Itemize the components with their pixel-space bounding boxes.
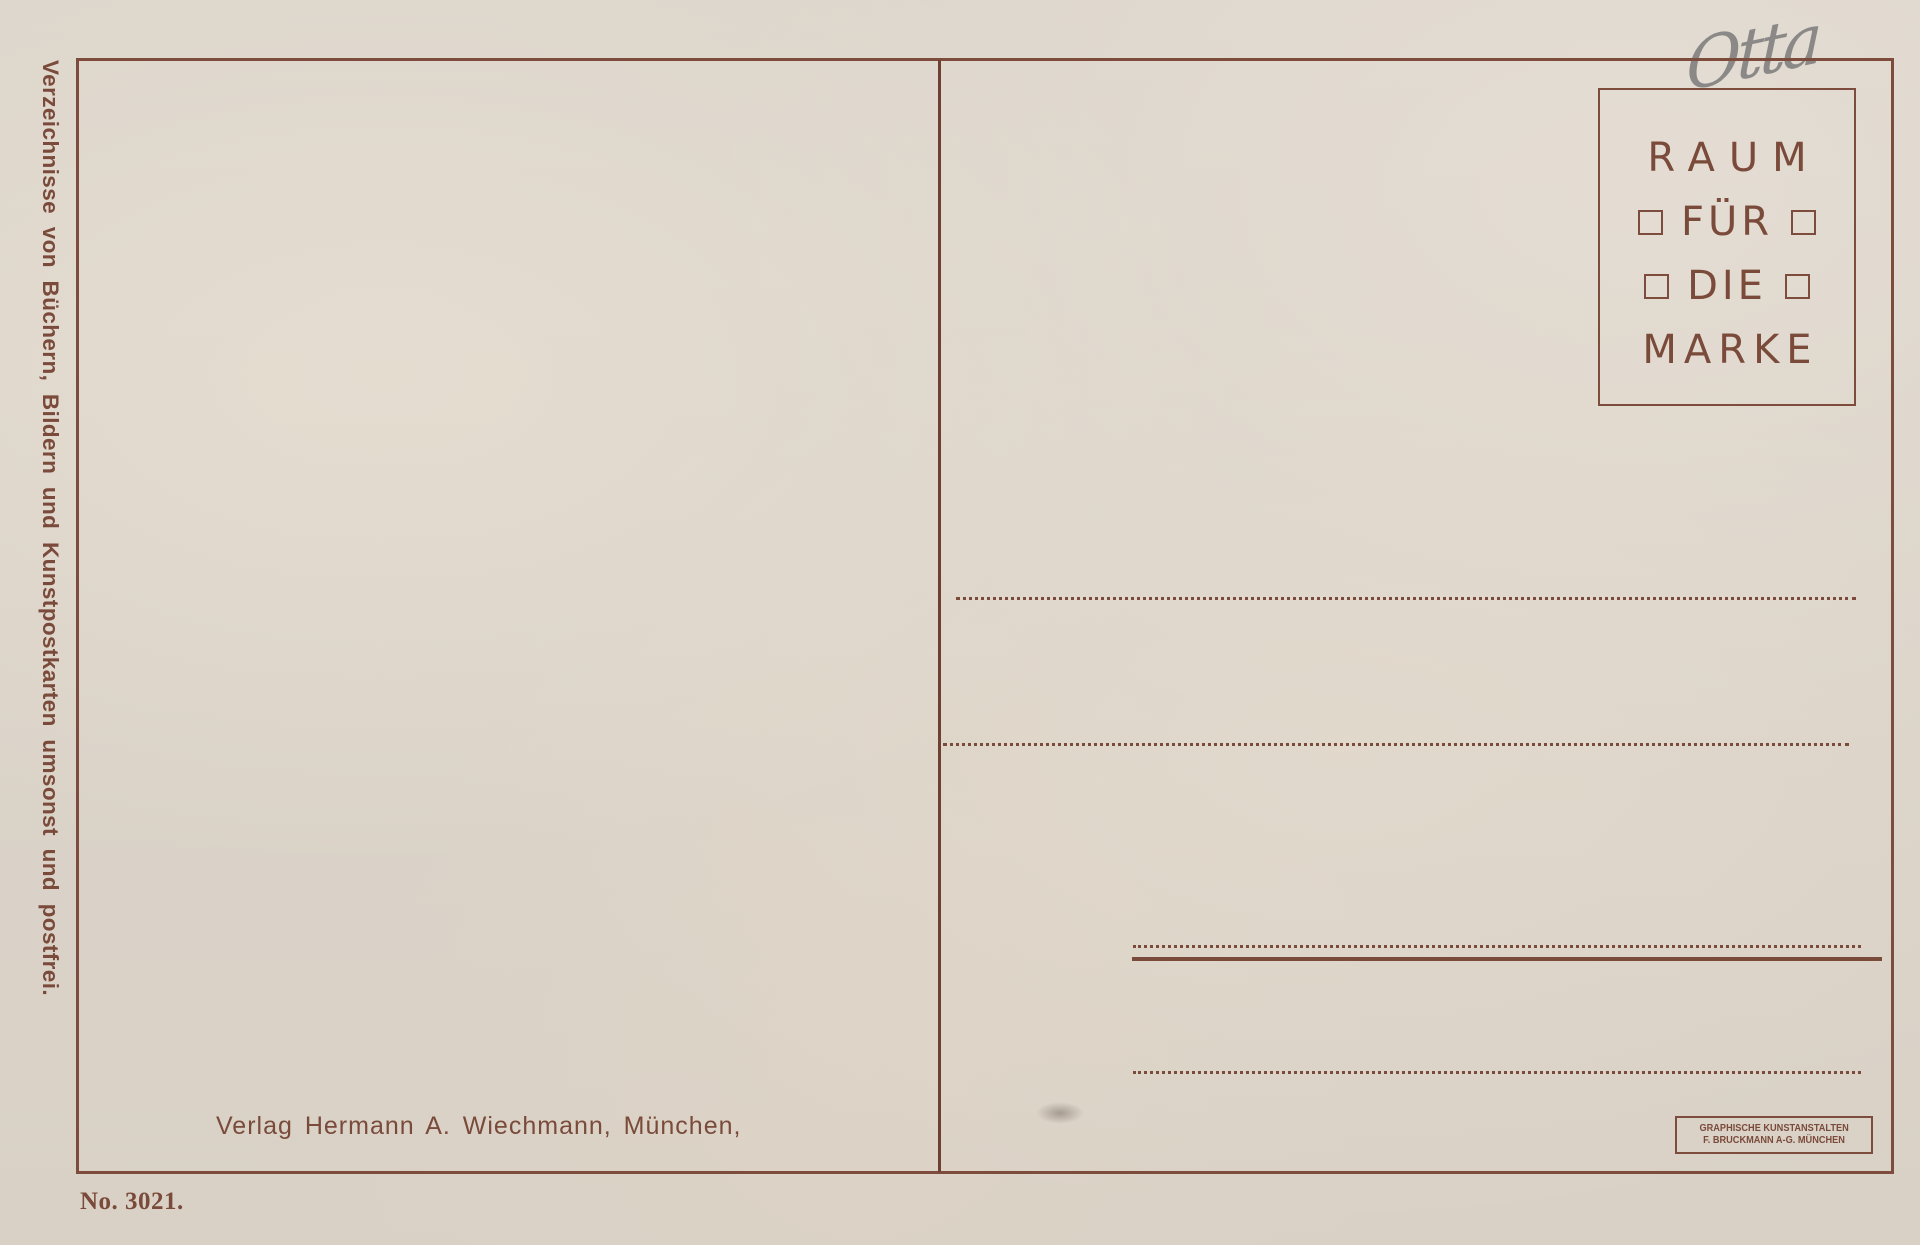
address-line-3 (1133, 945, 1861, 948)
side-catalog-notice: Verzeichnisse von Büchern, Bildern und K… (30, 60, 70, 1180)
message-area (80, 62, 936, 1102)
center-divider (938, 60, 941, 1172)
stamp-row-fuer: FÜR (1638, 190, 1816, 254)
address-area (944, 440, 1884, 1100)
square-ornament-icon (1644, 274, 1669, 299)
printer-mark: GRAPHISCHE KUNSTANSTALTEN F. BRUCKMANN A… (1675, 1116, 1873, 1154)
stamp-box: RAUM FÜR DIE MARKE (1598, 88, 1856, 406)
stamp-text-die: DIE (1687, 254, 1767, 318)
address-underline-solid (1132, 957, 1882, 961)
printer-mark-line-1: GRAPHISCHE KUNSTANSTALTEN (1699, 1123, 1848, 1135)
postcard-back: Otta Verzeichnisse von Büchern, Bildern … (0, 0, 1920, 1245)
stamp-text-fuer: FÜR (1681, 190, 1773, 254)
printer-mark-line-2: F. BRUCKMANN A-G. MÜNCHEN (1703, 1135, 1845, 1147)
square-ornament-icon (1785, 274, 1810, 299)
square-ornament-icon (1791, 210, 1816, 235)
publisher-line: Verlag Hermann A. Wiechmann, München, (216, 1112, 741, 1141)
address-line-4 (1133, 1071, 1861, 1074)
card-number: No. 3021. (80, 1188, 184, 1216)
ink-smudge (1036, 1102, 1084, 1124)
address-line-2 (943, 743, 1849, 746)
square-ornament-icon (1638, 210, 1663, 235)
stamp-text-raum: RAUM (1647, 126, 1820, 190)
stamp-text-marke: MARKE (1642, 318, 1818, 382)
address-line-1 (956, 597, 1856, 600)
stamp-row-die: DIE (1644, 254, 1810, 318)
